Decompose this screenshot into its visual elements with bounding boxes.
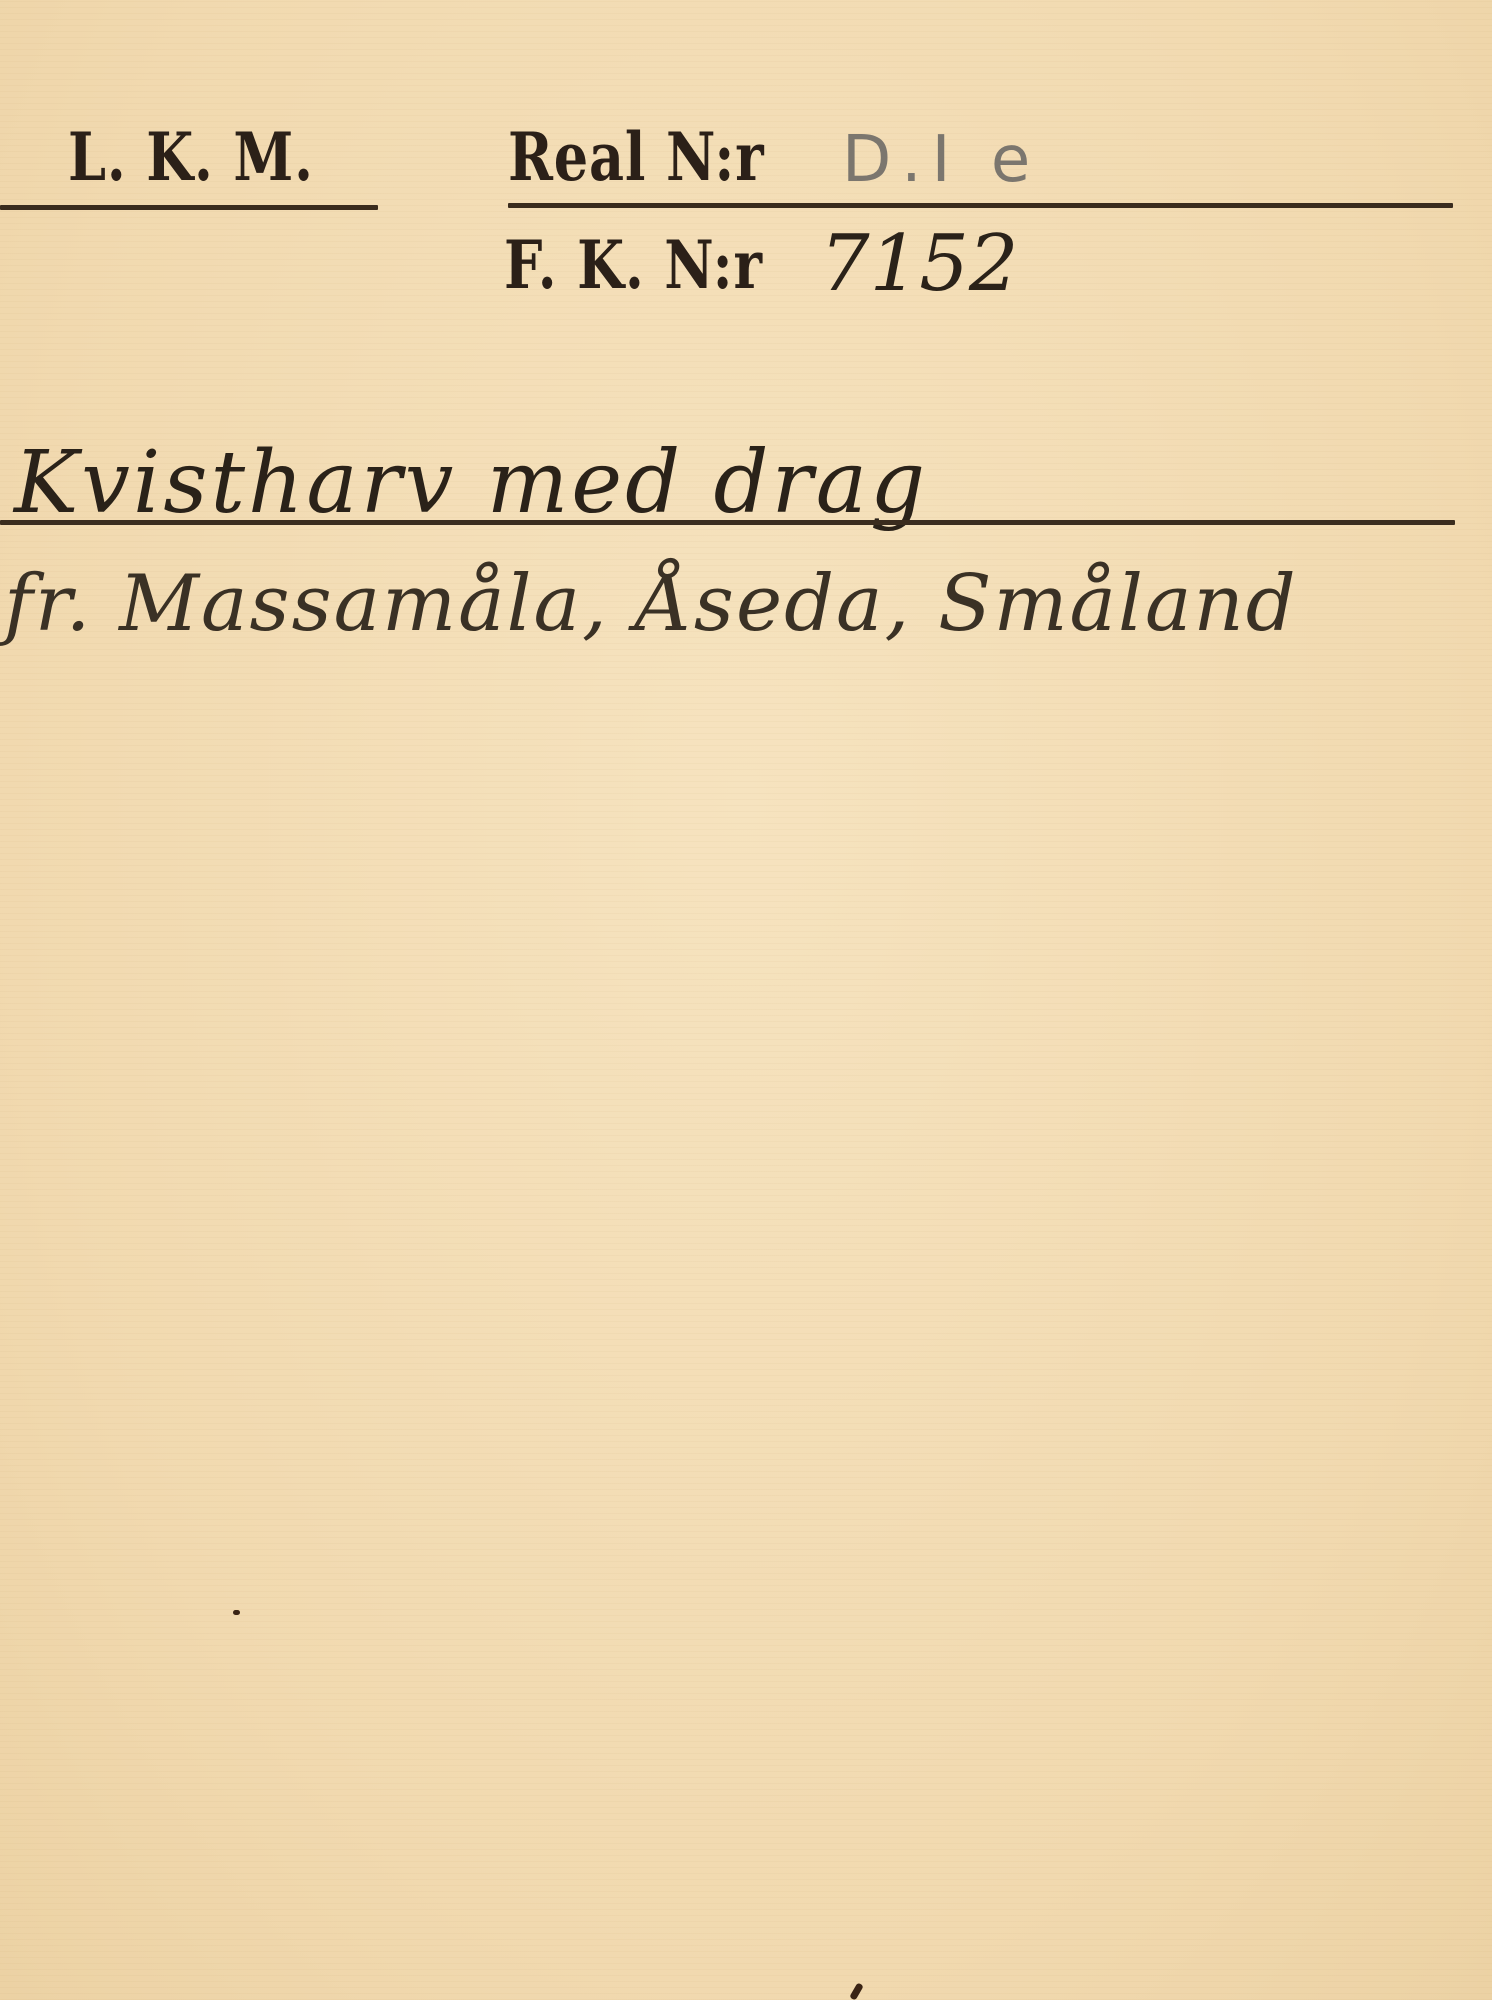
title-rule — [0, 520, 1455, 525]
paper-speck — [233, 1610, 240, 1615]
catalog-card: L. K. M. Real N:r D.I e F. K. N:r 7152 K… — [0, 0, 1492, 2000]
museum-label-rule — [0, 205, 378, 210]
real-nr-rule — [508, 203, 1453, 208]
real-nr-label: Real N:r — [508, 124, 764, 190]
object-title: Kvistharv med drag — [14, 440, 928, 526]
fk-nr-label: F. K. N:r — [504, 232, 763, 298]
ink-mark — [849, 1982, 864, 2000]
real-nr-value: D.I e — [842, 128, 1040, 192]
museum-label: L. K. M. — [68, 124, 314, 190]
fk-nr-value: 7152 — [820, 225, 1019, 303]
provenance-text: fr. Massamåla, Åseda, Småland — [4, 565, 1298, 643]
